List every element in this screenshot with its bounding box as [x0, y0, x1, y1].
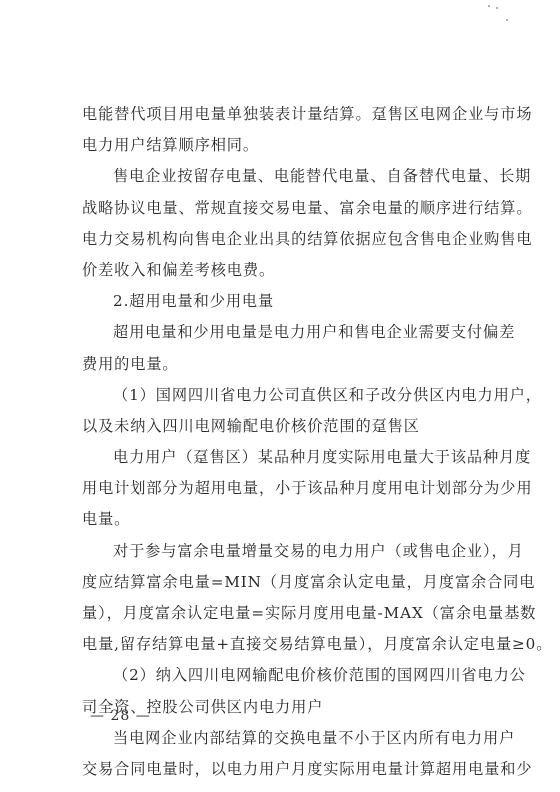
- text-line: 超用电量和少用电量是电力用户和售电企业需要支付偏差: [82, 317, 498, 348]
- subsection-heading: 以及未纳入四川电网输配电价核价范围的趸售区: [82, 411, 498, 442]
- text-line: 电力用户结算顺序相同。: [82, 130, 498, 161]
- text-line: 价差收入和偏差考核电费。: [82, 255, 498, 286]
- section-heading: 2.超用电量和少用电量: [82, 286, 498, 317]
- text-line: 对于参与富余电量增量交易的电力用户（或售电企业），月: [82, 536, 498, 567]
- text-line: 当电网企业内部结算的交换电量不小于区内所有电力用户: [82, 723, 498, 754]
- page-number: — 28 —: [90, 708, 151, 724]
- text-line: 费用的电量。: [82, 349, 498, 380]
- text-line: 电量,留存结算电量+直接交易结算电量），月度富余认定电量≥0。: [82, 629, 498, 660]
- text-line: 交易合同电量时，以电力用户月度实际用电量计算超用电量和少: [82, 754, 498, 785]
- scan-marks: [480, 2, 520, 22]
- subsection-heading: （2）纳入四川电网输配电价核价范围的国网四川省电力公: [82, 660, 498, 691]
- text-line: 电力交易机构向售电企业出具的结算依据应包含售电企业购售电: [82, 224, 498, 255]
- text-line: 电能替代项目用电量单独装表计量结算。趸售区电网企业与市场: [82, 99, 498, 130]
- text-line: 售电企业按留存电量、电能替代电量、自备替代电量、长期: [82, 161, 498, 192]
- text-line: 度应结算富余电量=MIN（月度富余认定电量，月度富余合同电: [82, 567, 498, 598]
- subsection-heading: （1）国网四川省电力公司直供区和子改分供区内电力用户，: [82, 380, 498, 411]
- text-line: 用电计划部分为超用电量，小于该品种月度用电计划部分为少用: [82, 473, 498, 504]
- text-line: 战略协议电量、常规直接交易电量、富余电量的顺序进行结算。: [82, 193, 498, 224]
- text-line: 量），月度富余认定电量=实际月度用电量-MAX（富余电量基数: [82, 598, 498, 629]
- document-body: 电能替代项目用电量单独装表计量结算。趸售区电网企业与市场 电力用户结算顺序相同。…: [82, 99, 498, 785]
- text-line: 电力用户（趸售区）某品种月度实际用电量大于该品种月度: [82, 442, 498, 473]
- text-line: 电量。: [82, 504, 498, 535]
